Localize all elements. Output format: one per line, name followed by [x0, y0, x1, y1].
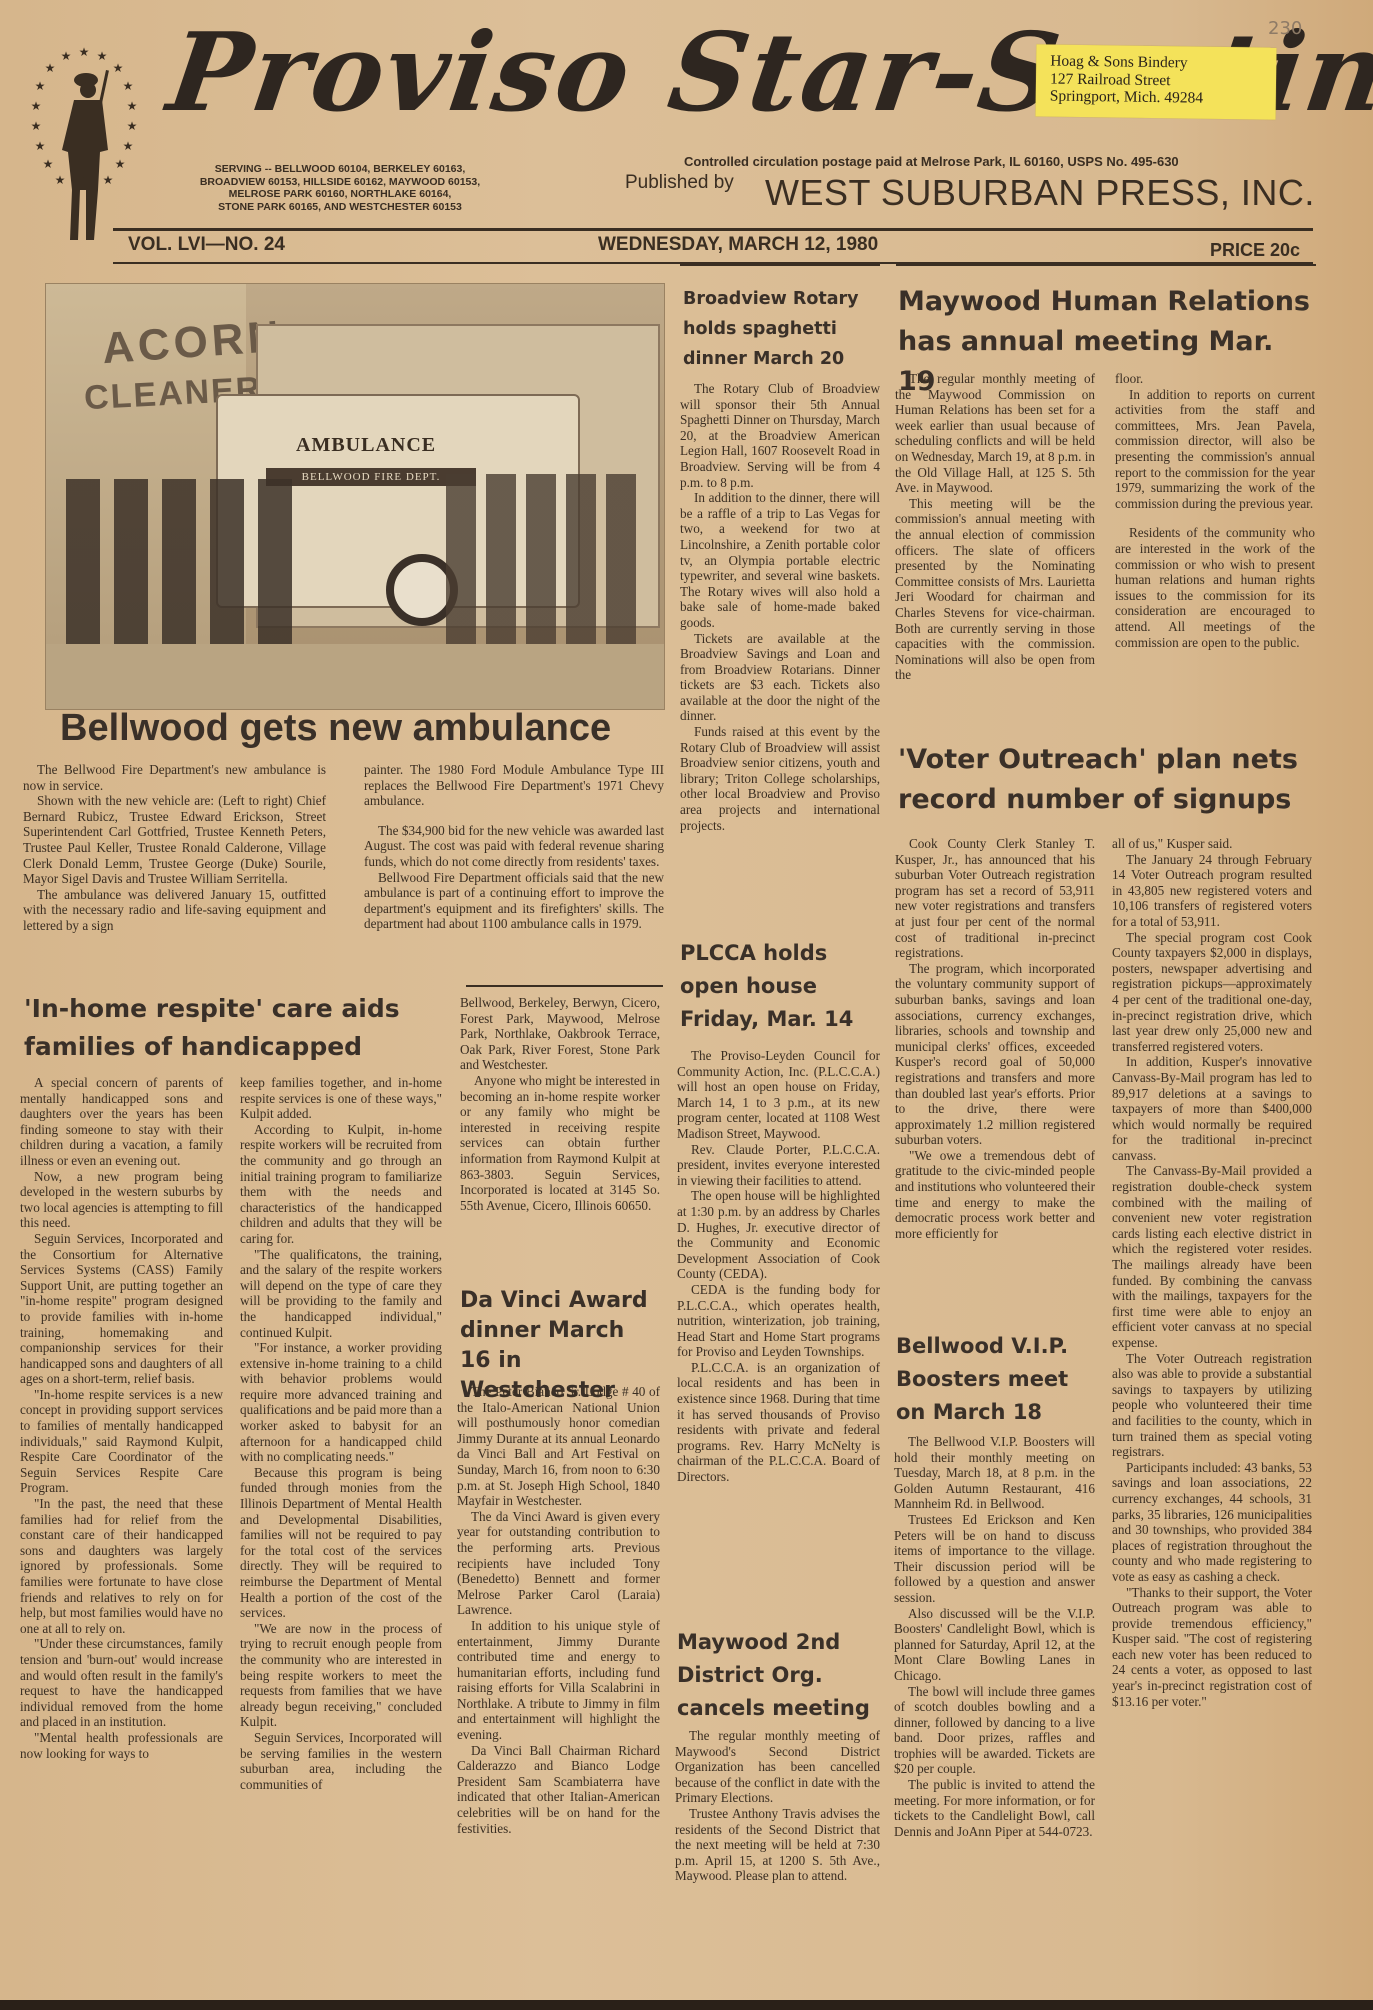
serving-line: SERVING -- BELLWOOD 60104, BERKELEY 6016… [170, 163, 510, 176]
respite-col-1: A special concern of parents of mentally… [20, 1075, 223, 1761]
paragraph: Da Vinci Ball Chairman Richard Calderazz… [457, 1743, 660, 1837]
headline-ambulance: Bellwood gets new ambulance [60, 706, 611, 752]
minuteman-logo-icon: ★ ★ ★ ★ ★ ★ ★ ★ ★ ★ ★ ★ ★ ★ ★ ★ ★ [28, 40, 140, 240]
headline-rotary: Broadview Rotary holds spaghetti dinner … [683, 284, 883, 374]
serving-line: STONE PARK 60165, AND WESTCHESTER 60153 [170, 201, 510, 214]
paragraph: The ambulance was delivered January 15, … [23, 887, 326, 934]
paragraph: Bellwood, Berkeley, Berwyn, Cicero, Fore… [460, 995, 660, 1073]
paragraph: Trustees Ed Erickson and Ken Peters will… [894, 1512, 1095, 1606]
svg-text:★: ★ [103, 173, 114, 187]
paragraph: The Proviso-Leyden Council for Community… [677, 1048, 880, 1142]
human-relations-col-2: floor. In addition to reports on current… [1115, 371, 1315, 650]
serving-area: SERVING -- BELLWOOD 60104, BERKELEY 6016… [170, 163, 510, 213]
paragraph: Because this program is being funded thr… [240, 1465, 442, 1621]
svg-text:★: ★ [35, 139, 46, 153]
published-by: Published by [625, 172, 734, 194]
svg-text:★: ★ [61, 49, 72, 63]
paragraph: Tickets are available at the Broadview S… [680, 631, 880, 725]
ambulance-col-1: The Bellwood Fire Department's new ambul… [23, 762, 326, 934]
headline-respite: 'In-home respite' care aids families of … [24, 990, 400, 1066]
svg-text:★: ★ [115, 157, 126, 171]
paragraph: Seguin Services, Incorporated and the Co… [20, 1231, 223, 1387]
svg-text:★: ★ [79, 45, 90, 59]
paragraph: P.L.C.C.A. is an organization of local r… [677, 1360, 880, 1485]
paragraph: According to Kulpit, in-home respite wor… [240, 1122, 442, 1247]
paragraph: The Peter Bianco Sr. Lodge # 40 of the I… [457, 1384, 660, 1509]
section-rule [680, 264, 880, 266]
ambulance-lettering: AMBULANCE [296, 434, 436, 457]
paragraph: Also discussed will be the V.I.P. Booste… [894, 1606, 1095, 1684]
paragraph: Residents of the community who are inter… [1115, 525, 1315, 650]
paragraph: "Under these circumstances, family tensi… [20, 1636, 223, 1730]
address-label: Hoag & Sons Bindery 127 Railroad Street … [1036, 44, 1277, 119]
paragraph: Seguin Services, Incorporated will be se… [240, 1730, 442, 1792]
paragraph: The $34,900 bid for the new vehicle was … [364, 823, 664, 870]
davinci-body: The Peter Bianco Sr. Lodge # 40 of the I… [457, 1384, 660, 1836]
paragraph: "Mental health professionals are now loo… [20, 1730, 223, 1761]
paragraph: Participants included: 43 banks, 53 savi… [1112, 1460, 1312, 1585]
paragraph: The Bellwood V.I.P. Boosters will hold t… [894, 1434, 1095, 1512]
headline-maywood-2nd: Maywood 2nd District Org. cancels meetin… [677, 1626, 880, 1725]
paragraph: The da Vinci Award is given every year f… [457, 1509, 660, 1618]
svg-text:★: ★ [97, 49, 108, 63]
voter-col-2: all of us," Kusper said. The January 24 … [1112, 836, 1312, 1709]
headline-vip-boosters: Bellwood V.I.P. Boosters meet on March 1… [896, 1330, 1096, 1429]
svg-text:★: ★ [55, 173, 66, 187]
paragraph: The regular monthly meeting of Maywood's… [675, 1728, 880, 1806]
paragraph: The Voter Outreach registration also was… [1112, 1351, 1312, 1460]
paragraph: painter. The 1980 Ford Module Ambulance … [364, 762, 664, 809]
section-rule [466, 985, 663, 987]
paragraph: This meeting will be the commission's an… [895, 496, 1095, 683]
paragraph: Now, a new program being developed in th… [20, 1169, 223, 1231]
svg-text:★: ★ [31, 99, 42, 113]
paragraph: The Rotary Club of Broadview will sponso… [680, 381, 880, 490]
paragraph: The Canvass-By-Mail provided a registrat… [1112, 1163, 1312, 1350]
pencil-mark: 230 [1268, 18, 1302, 39]
volume-number: VOL. LVI—NO. 24 [128, 234, 285, 256]
svg-text:★: ★ [123, 139, 134, 153]
paragraph: "In-home respite services is a new conce… [20, 1387, 223, 1496]
respite-col-3: Bellwood, Berkeley, Berwyn, Cicero, Fore… [460, 995, 660, 1213]
paragraph: A special concern of parents of mentally… [20, 1075, 223, 1169]
paragraph: keep families together, and in-home resp… [240, 1075, 442, 1122]
paragraph: The special program cost Cook County tax… [1112, 930, 1312, 1055]
headline-line: families of handicapped [24, 1028, 400, 1066]
paragraph: Trustee Anthony Travis advises the resid… [675, 1806, 880, 1884]
paragraph: floor. [1115, 371, 1315, 387]
paragraph: The January 24 through February 14 Voter… [1112, 852, 1312, 930]
paragraph: CEDA is the funding body for P.L.C.C.A.,… [677, 1282, 880, 1360]
svg-text:★: ★ [43, 157, 54, 171]
paragraph: "We owe a tremendous debt of gratitude t… [895, 1148, 1095, 1242]
headline-voter-outreach: 'Voter Outreach' plan nets record number… [898, 740, 1318, 820]
plcca-body: The Proviso-Leyden Council for Community… [677, 1048, 880, 1485]
paragraph: The bowl will include three games of sco… [894, 1684, 1095, 1778]
serving-line: BROADVIEW 60153, HILLSIDE 60162, MAYWOOD… [170, 176, 510, 189]
paragraph: "Thanks to their support, the Voter Outr… [1112, 1585, 1312, 1710]
pavement [46, 644, 664, 709]
issue-price: PRICE 20c [1210, 240, 1300, 261]
paragraph: In addition to the dinner, there will be… [680, 490, 880, 630]
address-label-line: Springport, Mich. 49284 [1036, 87, 1276, 108]
ambulance-photo: ACORN CLEANERS AMBULANCE BELLWOOD FIRE D… [45, 283, 665, 710]
paragraph: The public is invited to attend the meet… [894, 1777, 1095, 1839]
human-relations-col-1: The regular monthly meeting of the Maywo… [895, 371, 1095, 683]
svg-text:★: ★ [31, 119, 42, 133]
paragraph: The open house will be highlighted at 1:… [677, 1188, 880, 1282]
paragraph: "In the past, the need that these famili… [20, 1496, 223, 1636]
svg-text:★: ★ [35, 79, 46, 93]
section-rule [896, 264, 1316, 266]
serving-line: MELROSE PARK 60160, NORTHLAKE 60164, [170, 188, 510, 201]
rotary-body: The Rotary Club of Broadview will sponso… [680, 381, 880, 833]
masthead-rule [113, 228, 1313, 231]
vip-body: The Bellwood V.I.P. Boosters will hold t… [894, 1434, 1095, 1839]
postage-notice: Controlled circulation postage paid at M… [684, 154, 1179, 169]
paragraph: Rev. Claude Porter, P.L.C.C.A. president… [677, 1142, 880, 1189]
paragraph: In addition to his unique style of enter… [457, 1618, 660, 1743]
svg-text:★: ★ [113, 61, 124, 75]
svg-text:★: ★ [127, 99, 138, 113]
newspaper-page: ★ ★ ★ ★ ★ ★ ★ ★ ★ ★ ★ ★ ★ ★ ★ ★ ★ Provis… [0, 0, 1373, 2010]
respite-col-2: keep families together, and in-home resp… [240, 1075, 442, 1792]
paragraph: Cook County Clerk Stanley T. Kusper, Jr.… [895, 836, 1095, 961]
paragraph: The regular monthly meeting of the Maywo… [895, 371, 1095, 496]
paragraph: The Bellwood Fire Department's new ambul… [23, 762, 326, 793]
headline-plcca: PLCCA holds open house Friday, Mar. 14 [680, 937, 880, 1036]
maywood-2nd-body: The regular monthly meeting of Maywood's… [675, 1728, 880, 1884]
paragraph: all of us," Kusper said. [1112, 836, 1312, 852]
paragraph: Funds raised at this event by the Rotary… [680, 724, 880, 833]
paragraph: In addition to reports on current activi… [1115, 387, 1315, 512]
paragraph: The program, which incorporated the volu… [895, 961, 1095, 1148]
address-label-line: Hoag & Sons Bindery [1036, 44, 1276, 73]
paragraph: "For instance, a worker providing extens… [240, 1340, 442, 1465]
paragraph: "We are now in the process of trying to … [240, 1621, 442, 1730]
people-group-left [66, 479, 306, 669]
headline-line: 'In-home respite' care aids [24, 990, 400, 1028]
issue-date: WEDNESDAY, MARCH 12, 1980 [598, 234, 878, 256]
svg-text:★: ★ [123, 79, 134, 93]
svg-text:★: ★ [127, 119, 138, 133]
paragraph: Bellwood Fire Department officials said … [364, 870, 664, 932]
paragraph: "The qualificatons, the training, and th… [240, 1247, 442, 1341]
svg-text:★: ★ [45, 61, 56, 75]
ambulance-col-2: painter. The 1980 Ford Module Ambulance … [364, 762, 664, 932]
paragraph: In addition, Kusper's innovative Canvass… [1112, 1054, 1312, 1163]
voter-col-1: Cook County Clerk Stanley T. Kusper, Jr.… [895, 836, 1095, 1241]
paragraph: Shown with the new vehicle are: (Left to… [23, 793, 326, 887]
page-bottom-edge [0, 2000, 1373, 2010]
paragraph: Anyone who might be interested in becomi… [460, 1073, 660, 1213]
publisher-name: WEST SUBURBAN PRESS, INC. [765, 172, 1315, 214]
